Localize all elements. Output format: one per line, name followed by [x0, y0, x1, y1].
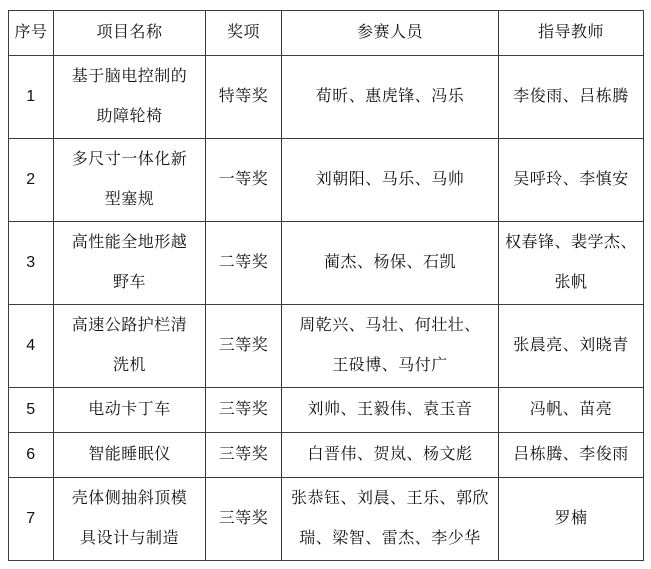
- cell-serial-number: 3: [9, 222, 54, 305]
- cell-participants: 周乾兴、马壮、何壮壮、 王砓博、马付广: [282, 305, 499, 388]
- table-row: 3 高性能全地形越 野车 二等奖 蔺杰、杨保、石凯 权春锋、裴学杰、 张帆: [9, 222, 644, 305]
- cell-award: 二等奖: [206, 222, 282, 305]
- cell-advisors: 冯帆、苗亮: [499, 388, 644, 433]
- document-page: 序号 项目名称 奖项 参赛人员 指导教师 1 基于脑电控制的 助障轮椅 特等奖 …: [0, 0, 651, 569]
- cell-advisors: 张晨亮、刘晓青: [499, 305, 644, 388]
- cell-project-name: 壳体侧抽斜顶模 具设计与制造: [54, 478, 206, 561]
- cell-participants: 荀昕、惠虎锋、冯乐: [282, 56, 499, 139]
- cell-project-name: 高速公路护栏清 洗机: [54, 305, 206, 388]
- cell-participants: 白晋伟、贺岚、杨文彪: [282, 433, 499, 478]
- awards-table: 序号 项目名称 奖项 参赛人员 指导教师 1 基于脑电控制的 助障轮椅 特等奖 …: [8, 10, 644, 561]
- cell-project-name: 多尺寸一体化新 型塞规: [54, 139, 206, 222]
- cell-award: 特等奖: [206, 56, 282, 139]
- table-row: 5 电动卡丁车 三等奖 刘帅、王毅伟、袁玉音 冯帆、苗亮: [9, 388, 644, 433]
- column-header-serial-number: 序号: [9, 11, 54, 56]
- cell-advisors: 吕栋腾、李俊雨: [499, 433, 644, 478]
- cell-serial-number: 6: [9, 433, 54, 478]
- header-row: 序号 项目名称 奖项 参赛人员 指导教师: [9, 11, 644, 56]
- cell-serial-number: 4: [9, 305, 54, 388]
- cell-advisors: 罗楠: [499, 478, 644, 561]
- cell-advisors: 权春锋、裴学杰、 张帆: [499, 222, 644, 305]
- cell-serial-number: 2: [9, 139, 54, 222]
- table-row: 2 多尺寸一体化新 型塞规 一等奖 刘朝阳、马乐、马帅 吴呼玲、李慎安: [9, 139, 644, 222]
- cell-project-name: 智能睡眠仪: [54, 433, 206, 478]
- column-header-participants: 参赛人员: [282, 11, 499, 56]
- cell-participants: 张恭钰、刘晨、王乐、郭欣 瑞、梁智、雷杰、李少华: [282, 478, 499, 561]
- cell-award: 三等奖: [206, 388, 282, 433]
- cell-participants: 刘朝阳、马乐、马帅: [282, 139, 499, 222]
- column-header-project-name: 项目名称: [54, 11, 206, 56]
- cell-advisors: 李俊雨、吕栋腾: [499, 56, 644, 139]
- cell-project-name: 高性能全地形越 野车: [54, 222, 206, 305]
- cell-serial-number: 7: [9, 478, 54, 561]
- cell-award: 三等奖: [206, 433, 282, 478]
- table-row: 1 基于脑电控制的 助障轮椅 特等奖 荀昕、惠虎锋、冯乐 李俊雨、吕栋腾: [9, 56, 644, 139]
- cell-project-name: 基于脑电控制的 助障轮椅: [54, 56, 206, 139]
- cell-advisors: 吴呼玲、李慎安: [499, 139, 644, 222]
- table-row: 4 高速公路护栏清 洗机 三等奖 周乾兴、马壮、何壮壮、 王砓博、马付广 张晨亮…: [9, 305, 644, 388]
- cell-serial-number: 1: [9, 56, 54, 139]
- cell-award: 三等奖: [206, 478, 282, 561]
- cell-participants: 蔺杰、杨保、石凯: [282, 222, 499, 305]
- cell-award: 三等奖: [206, 305, 282, 388]
- column-header-advisors: 指导教师: [499, 11, 644, 56]
- cell-participants: 刘帅、王毅伟、袁玉音: [282, 388, 499, 433]
- cell-serial-number: 5: [9, 388, 54, 433]
- table-row: 7 壳体侧抽斜顶模 具设计与制造 三等奖 张恭钰、刘晨、王乐、郭欣 瑞、梁智、雷…: [9, 478, 644, 561]
- cell-project-name: 电动卡丁车: [54, 388, 206, 433]
- cell-award: 一等奖: [206, 139, 282, 222]
- column-header-award: 奖项: [206, 11, 282, 56]
- table-row: 6 智能睡眠仪 三等奖 白晋伟、贺岚、杨文彪 吕栋腾、李俊雨: [9, 433, 644, 478]
